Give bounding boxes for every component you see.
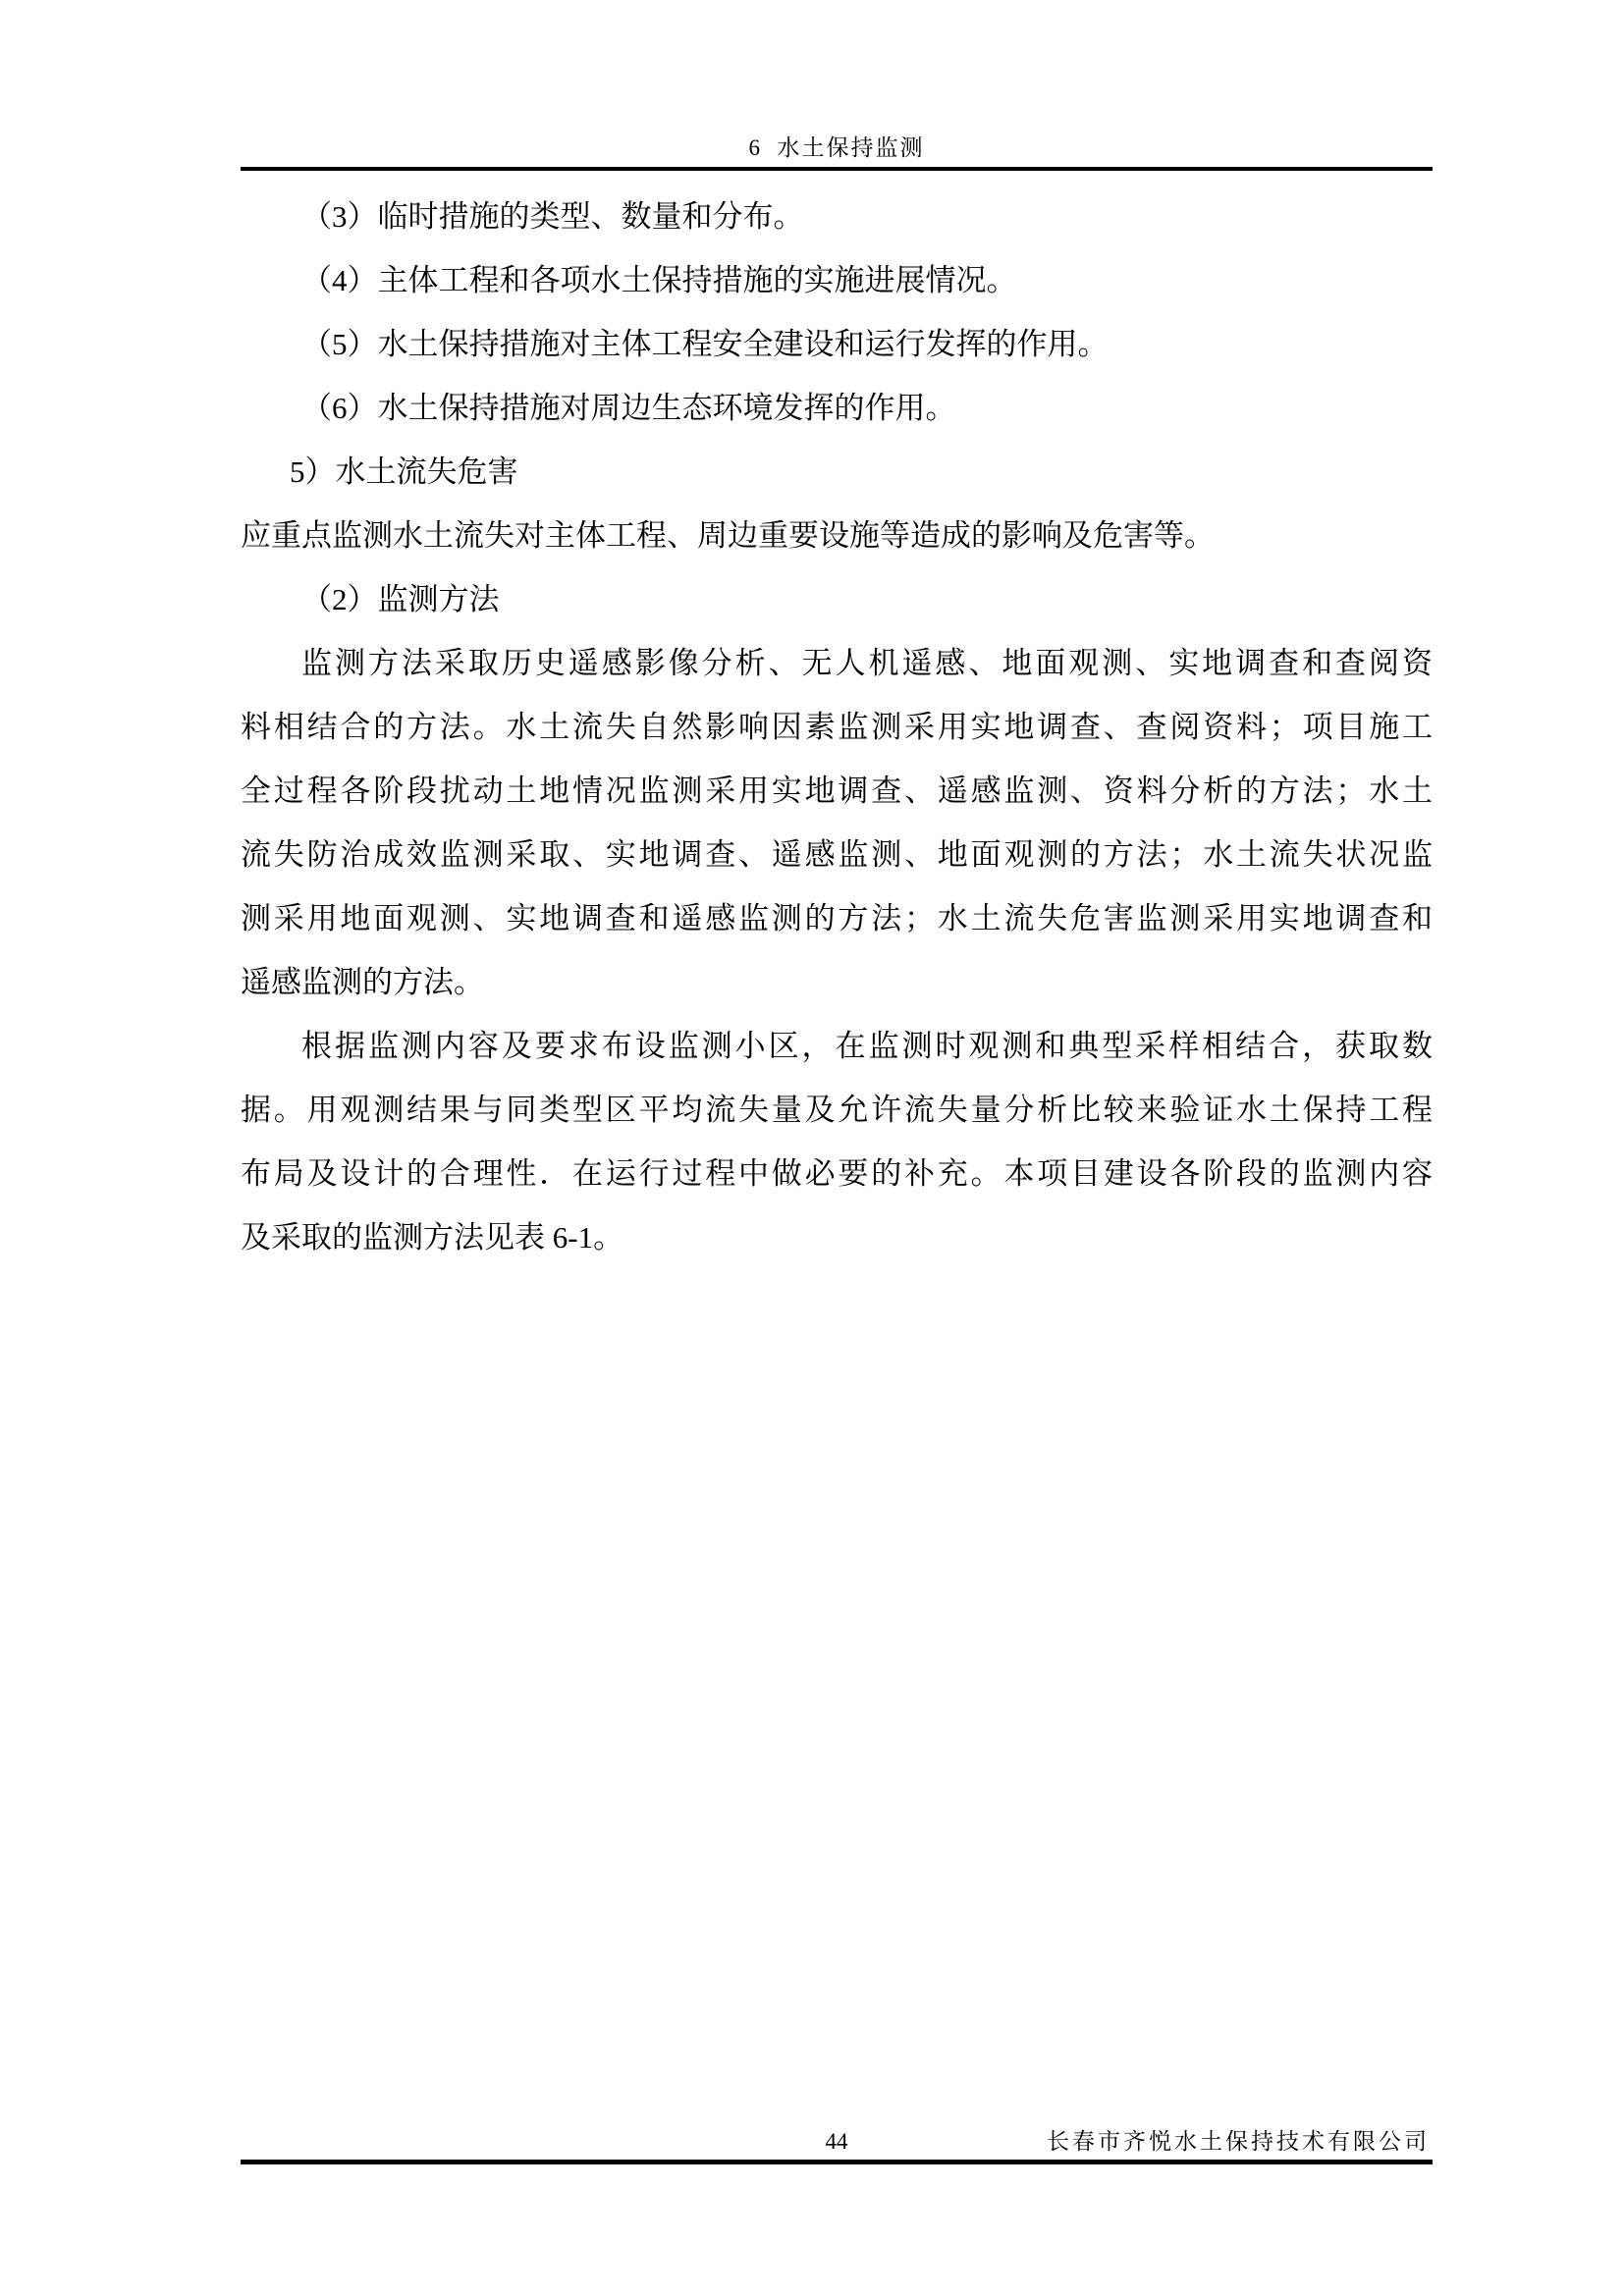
document-page: 6 水土保持监测 （3）临时措施的类型、数量和分布。 （4）主体工程和各项水土保… [0,0,1624,2296]
text-line: （6）水土保持措施对周边生态环境发挥的作用。 [241,376,1433,440]
text-line: 据。用观测结果与同类型区平均流失量及允许流失量分析比较来验证水土保持工程 [241,1078,1433,1142]
text-line: （4）主体工程和各项水土保持措施的实施进展情况。 [241,248,1433,312]
text-line: （2）监测方法 [241,567,1433,631]
footer-company-name: 长春市齐悦水土保持技术有限公司 [1047,2126,1430,2158]
text-line: 5）水土流失危害 [241,440,1433,504]
text-line: 流失防治成效监测采取、实地调查、遥感监测、地面观测的方法；水土流失状况监 [241,823,1433,886]
text-line: 测采用地面观测、实地调查和遥感监测的方法；水土流失危害监测采用实地调查和 [241,886,1433,950]
page-header-title: 6 水土保持监测 [241,131,1433,166]
text-line: 全过程各阶段扰动土地情况监测采用实地调查、遥感监测、资料分析的方法；水土 [241,759,1433,823]
text-line: 布局及设计的合理性．在运行过程中做必要的补充。本项目建设各阶段的监测内容 [241,1142,1433,1205]
text-line: 及采取的监测方法见表 6-1。 [241,1205,1433,1269]
footer-rule [241,2160,1433,2164]
header-rule [241,167,1433,171]
text-line: 监测方法采取历史遥感影像分析、无人机遥感、地面观测、实地调查和查阅资 [241,631,1433,695]
text-line: 料相结合的方法。水土流失自然影响因素监测采用实地调查、查阅资料；项目施工 [241,695,1433,759]
text-line: 根据监测内容及要求布设监测小区，在监测时观测和典型采样相结合，获取数 [241,1014,1433,1078]
text-line: （5）水土保持措施对主体工程安全建设和运行发挥的作用。 [241,312,1433,376]
text-line: 应重点监测水土流失对主体工程、周边重要设施等造成的影响及危害等。 [241,504,1433,567]
text-line: （3）临时措施的类型、数量和分布。 [241,185,1433,248]
text-line: 遥感监测的方法。 [241,950,1433,1014]
document-body: （3）临时措施的类型、数量和分布。 （4）主体工程和各项水土保持措施的实施进展情… [241,185,1433,1269]
